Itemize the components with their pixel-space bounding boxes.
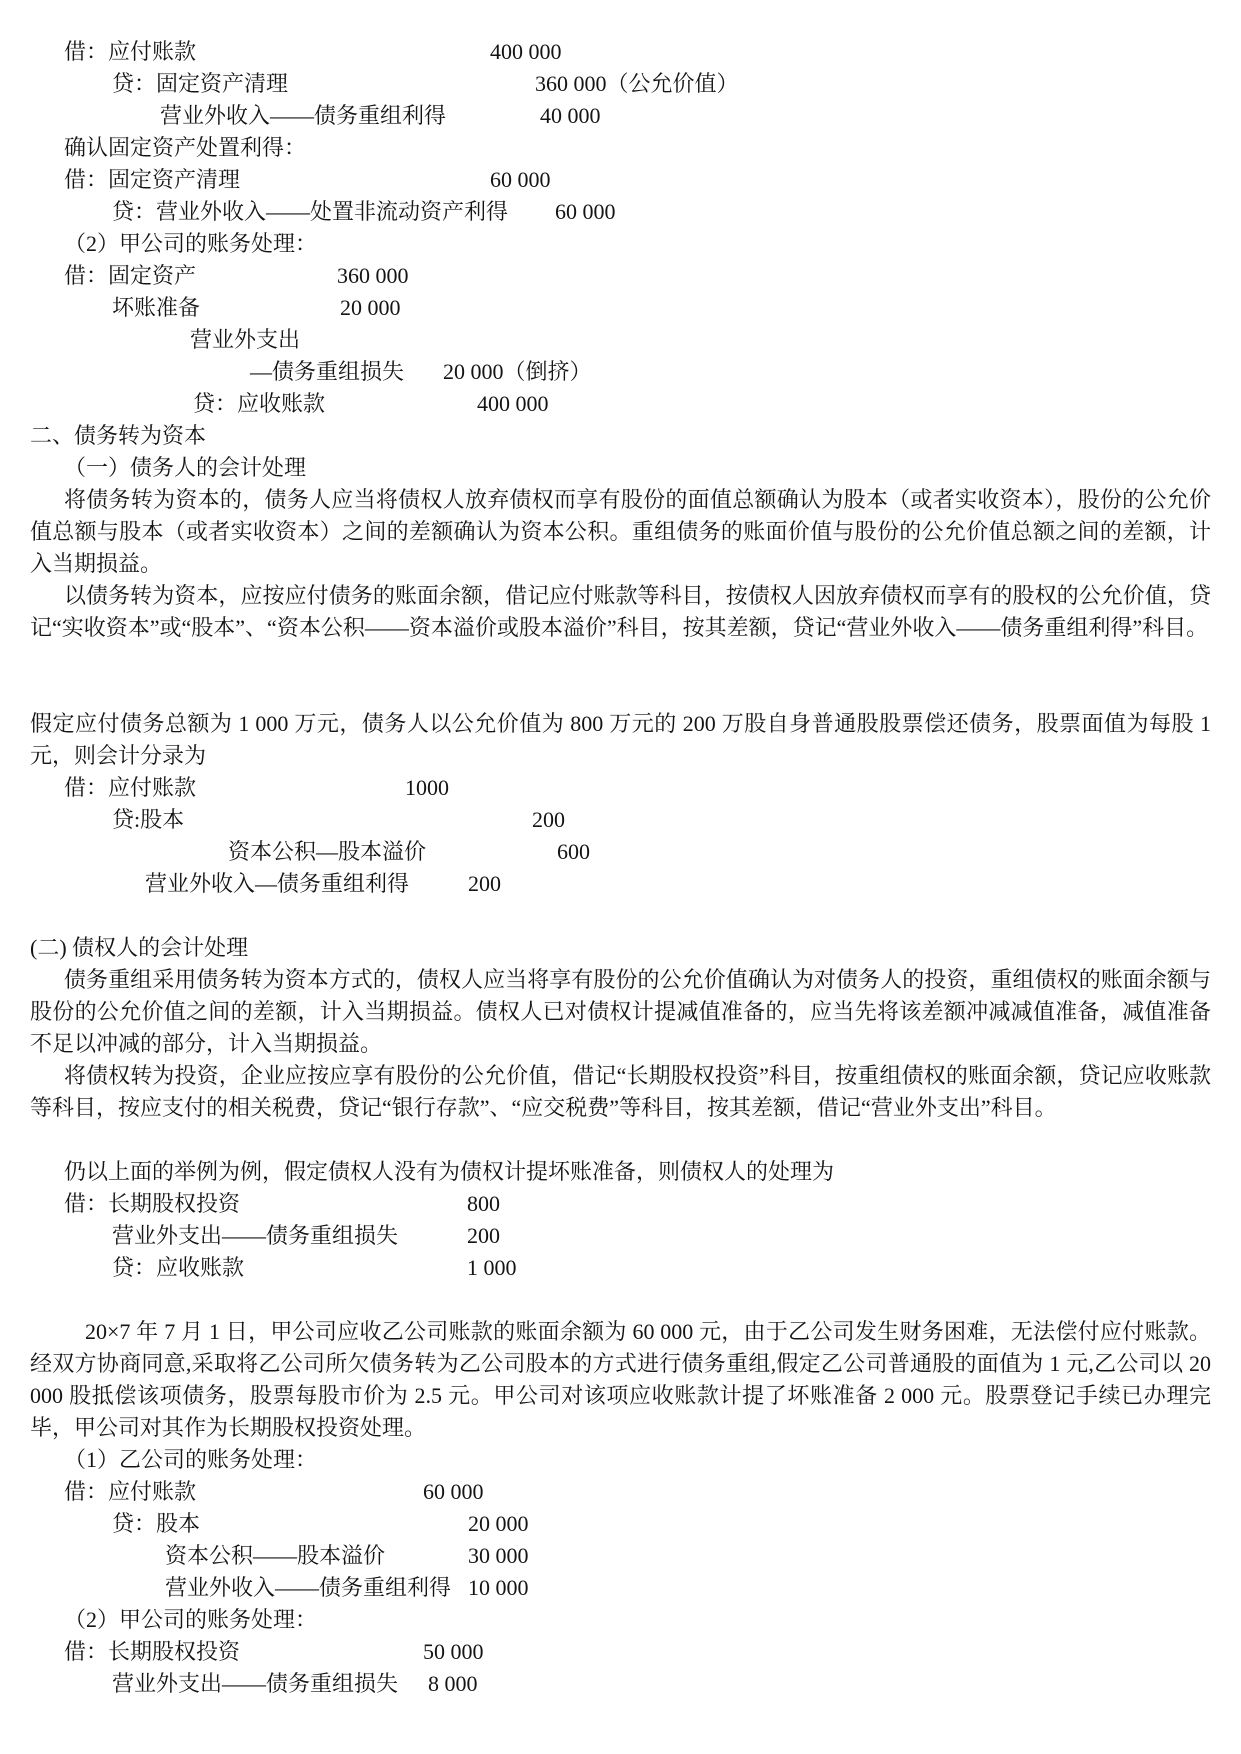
amount-value: 400 000 xyxy=(490,36,562,68)
amount-value: 200 xyxy=(532,804,565,836)
account-text: 借：应付账款 xyxy=(64,1476,196,1508)
account-text: 贷：营业外收入——处置非流动资产利得 xyxy=(112,196,508,228)
account-text: 营业外支出——债务重组损失 xyxy=(112,1220,398,1252)
amount-value: 1 000 xyxy=(467,1252,517,1284)
section-heading: （一）债务人的会计处理 xyxy=(30,452,1211,484)
amount-value: 50 000 xyxy=(423,1636,484,1668)
amount-value: 60 000 xyxy=(490,164,551,196)
journal-line: 资本公积—股本溢价600 xyxy=(30,836,1211,868)
account-text: （1）乙公司的账务处理： xyxy=(64,1444,317,1476)
amount-value: 60 000 xyxy=(423,1476,484,1508)
journal-caption: 确认固定资产处置利得： xyxy=(30,132,1211,164)
blank-space xyxy=(30,900,1211,932)
journal-line: 营业外支出——债务重组损失8 000 xyxy=(30,1668,1211,1700)
amount-value: 200 xyxy=(467,1220,500,1252)
account-text: (二) 债权人的会计处理 xyxy=(30,932,248,964)
account-text: 借：应付账款 xyxy=(64,36,196,68)
journal-line: —债务重组损失20 000（倒挤） xyxy=(30,356,1211,388)
blank-space xyxy=(30,644,1211,708)
journal-line: 借：应付账款60 000 xyxy=(30,1476,1211,1508)
account-text: 贷：固定资产清理 xyxy=(112,68,288,100)
account-text: 资本公积——股本溢价 xyxy=(165,1540,385,1572)
amount-value: 600 xyxy=(557,836,590,868)
paragraph: 将债务转为资本的，债务人应当将债权人放弃债权而享有股份的面值总额确认为股本（或者… xyxy=(30,484,1211,580)
account-text: 营业外收入——债务重组利得 xyxy=(165,1572,451,1604)
paragraph: 将债权转为投资，企业应按应享有股份的公允价值，借记“长期股权投资”科目，按重组债… xyxy=(30,1060,1211,1124)
account-text: 营业外支出 xyxy=(190,324,300,356)
blank-space xyxy=(30,1124,1211,1156)
account-text: —债务重组损失 xyxy=(250,356,404,388)
amount-value: 30 000 xyxy=(468,1540,529,1572)
journal-line: 贷：固定资产清理360 000（公允价值） xyxy=(30,68,1211,100)
journal-line: 坏账准备20 000 xyxy=(30,292,1211,324)
amount-value: 200 xyxy=(468,868,501,900)
document-page: 借：应付账款400 000贷：固定资产清理360 000（公允价值）营业外收入—… xyxy=(0,0,1241,1754)
account-text: 坏账准备 xyxy=(112,292,200,324)
amount-value: 400 000 xyxy=(477,388,549,420)
account-text: 二、债务转为资本 xyxy=(30,420,206,452)
paragraph: 仍以上面的举例为例，假定债权人没有为债权计提坏账准备，则债权人的处理为 xyxy=(30,1156,1211,1188)
amount-value: 1000 xyxy=(405,772,449,804)
subheading: （1）乙公司的账务处理： xyxy=(30,1444,1211,1476)
account-text: 确认固定资产处置利得： xyxy=(64,132,306,164)
journal-line: 营业外支出——债务重组损失200 xyxy=(30,1220,1211,1252)
account-text: 借：固定资产 xyxy=(64,260,196,292)
account-text: （2）甲公司的账务处理： xyxy=(64,228,317,260)
amount-value: 20 000（倒挤） xyxy=(443,356,592,388)
journal-line: 借：长期股权投资800 xyxy=(30,1188,1211,1220)
account-text: 借：固定资产清理 xyxy=(64,164,240,196)
journal-line: 营业外收入——债务重组利得10 000 xyxy=(30,1572,1211,1604)
journal-line: 贷：股本20 000 xyxy=(30,1508,1211,1540)
amount-value: 10 000 xyxy=(468,1572,529,1604)
account-text: 借：长期股权投资 xyxy=(64,1636,240,1668)
account-text: 营业外收入——债务重组利得 xyxy=(160,100,446,132)
paragraph: 假定应付债务总额为 1 000 万元，债务人以公允价值为 800 万元的 200… xyxy=(30,708,1211,772)
account-text: 营业外收入—债务重组利得 xyxy=(145,868,409,900)
document-content: 借：应付账款400 000贷：固定资产清理360 000（公允价值）营业外收入—… xyxy=(0,0,1241,1700)
subheading: （2）甲公司的账务处理： xyxy=(30,1604,1211,1636)
journal-line: 贷：营业外收入——处置非流动资产利得60 000 xyxy=(30,196,1211,228)
section-heading: (二) 债权人的会计处理 xyxy=(30,932,1211,964)
journal-line: 贷：应收账款1 000 xyxy=(30,1252,1211,1284)
amount-value: 360 000 xyxy=(337,260,409,292)
journal-line: 营业外收入——债务重组利得40 000 xyxy=(30,100,1211,132)
amount-value: 40 000 xyxy=(540,100,601,132)
account-text: 借：应付账款 xyxy=(64,772,196,804)
account-text: （一）债务人的会计处理 xyxy=(64,452,306,484)
journal-line: 借：固定资产清理60 000 xyxy=(30,164,1211,196)
journal-line: 营业外支出 xyxy=(30,324,1211,356)
journal-line: 借：固定资产360 000 xyxy=(30,260,1211,292)
account-text: 借：长期股权投资 xyxy=(64,1188,240,1220)
account-text: 营业外支出——债务重组损失 xyxy=(112,1668,398,1700)
blank-space xyxy=(30,1284,1211,1316)
paragraph: 以债务转为资本，应按应付债务的账面余额，借记应付账款等科目，按债权人因放弃债权而… xyxy=(30,580,1211,644)
amount-value: 20 000 xyxy=(468,1508,529,1540)
account-text: 贷：股本 xyxy=(112,1508,200,1540)
journal-line: 借：应付账款1000 xyxy=(30,772,1211,804)
account-text: （2）甲公司的账务处理： xyxy=(64,1604,317,1636)
journal-line: 资本公积——股本溢价30 000 xyxy=(30,1540,1211,1572)
paragraph: 20×7 年 7 月 1 日，甲公司应收乙公司账款的账面余额为 60 000 元… xyxy=(30,1316,1211,1444)
account-text: 贷：应收账款 xyxy=(193,388,325,420)
section-heading: 二、债务转为资本 xyxy=(30,420,1211,452)
journal-line: 贷:股本200 xyxy=(30,804,1211,836)
amount-value: 360 000（公允价值） xyxy=(535,68,739,100)
journal-line: 营业外收入—债务重组利得200 xyxy=(30,868,1211,900)
journal-line: 借：应付账款400 000 xyxy=(30,36,1211,68)
amount-value: 800 xyxy=(467,1188,500,1220)
amount-value: 20 000 xyxy=(340,292,401,324)
amount-value: 60 000 xyxy=(555,196,616,228)
journal-line: 贷：应收账款400 000 xyxy=(30,388,1211,420)
subheading: （2）甲公司的账务处理： xyxy=(30,228,1211,260)
account-text: 资本公积—股本溢价 xyxy=(228,836,426,868)
paragraph: 债务重组采用债务转为资本方式的，债权人应当将享有股份的公允价值确认为对债务人的投… xyxy=(30,964,1211,1060)
amount-value: 8 000 xyxy=(428,1668,478,1700)
account-text: 贷:股本 xyxy=(112,804,184,836)
account-text: 贷：应收账款 xyxy=(112,1252,244,1284)
journal-line: 借：长期股权投资50 000 xyxy=(30,1636,1211,1668)
